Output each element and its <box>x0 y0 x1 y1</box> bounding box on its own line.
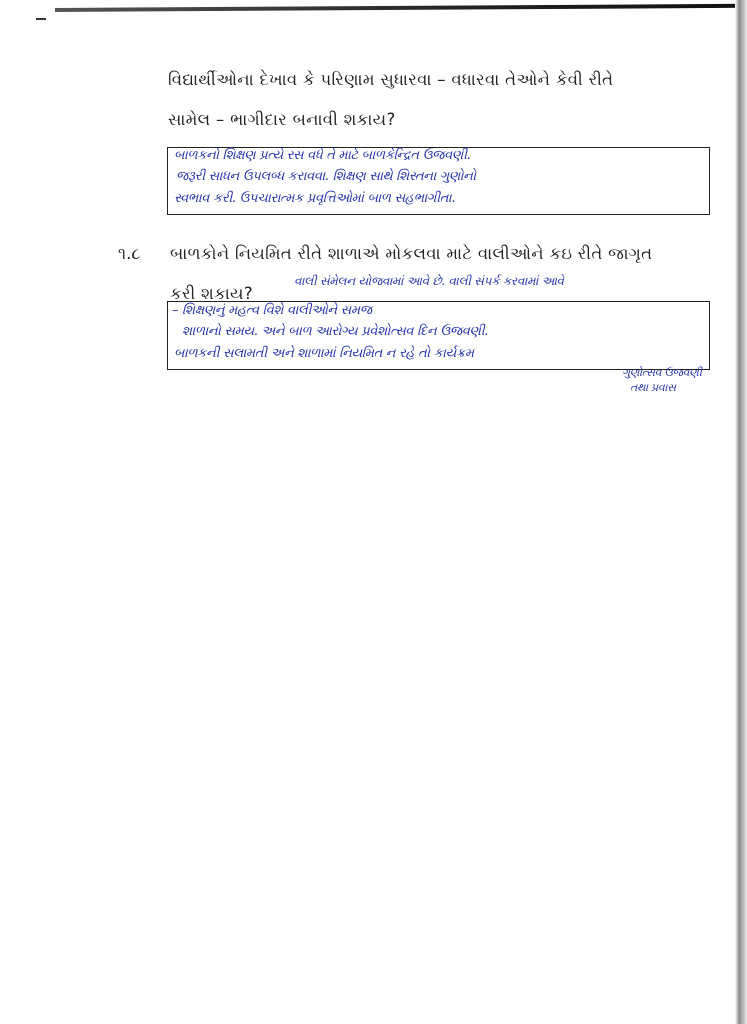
question-17-line-1: વિદ્યાર્થીઓના દેખાવ કે પરિણામ સુધારવા – … <box>168 70 613 90</box>
question-18-line-1: બાળકોને નિયમિત રીતે શાળાએ મોકલવા માટે વા… <box>170 244 652 264</box>
answer-18-line-2: શાળાનો સમય. અને બાળ આરોગ્ય પ્રવેશોત્સવ દ… <box>182 324 488 339</box>
answer-18-margin-1: ગુણોત્સવ ઉજવણી <box>622 366 702 380</box>
answer-17-line-3: સ્વભાવ કરી. ઉપચારાત્મક પ્રવૃત્તિઓમાં બાળ… <box>174 191 455 206</box>
answer-18-inline: વાલી સંમેલન યોજવામાં આવે છે. વાલી સંપર્ક… <box>294 274 564 289</box>
answer-box-18: – શિક્ષણનું મહત્વ વિશે વાલીઓને સમજ શાળાન… <box>167 301 710 370</box>
answer-17-line-1: બાળકનો શિક્ષણ પ્રત્યે રસ વધે તે માટે બાળ… <box>174 148 471 163</box>
answer-17-line-2: જરૂરી સાધન ઉપલબ્ધ કરાવવા. શિક્ષણ સાથે શિ… <box>176 169 476 184</box>
answer-18-line-1: – શિક્ષણનું મહત્વ વિશે વાલીઓને સમજ <box>172 303 372 318</box>
question-17-line-2: સામેલ – ભાગીદાર બનાવી શકાય? <box>168 110 396 130</box>
answer-18-margin-2: તથા પ્રવાસ <box>630 381 676 395</box>
answer-18-line-3: બાળકની સલામતી અને શાળામાં નિયમિત ન રહે ત… <box>174 346 474 361</box>
scan-mark <box>36 18 46 20</box>
question-18-number: ૧.૮ <box>118 244 140 264</box>
scan-right-edge <box>735 0 747 1024</box>
scan-top-edge <box>55 4 747 12</box>
answer-box-17: બાળકનો શિક્ષણ પ્રત્યે રસ વધે તે માટે બાળ… <box>167 147 710 215</box>
